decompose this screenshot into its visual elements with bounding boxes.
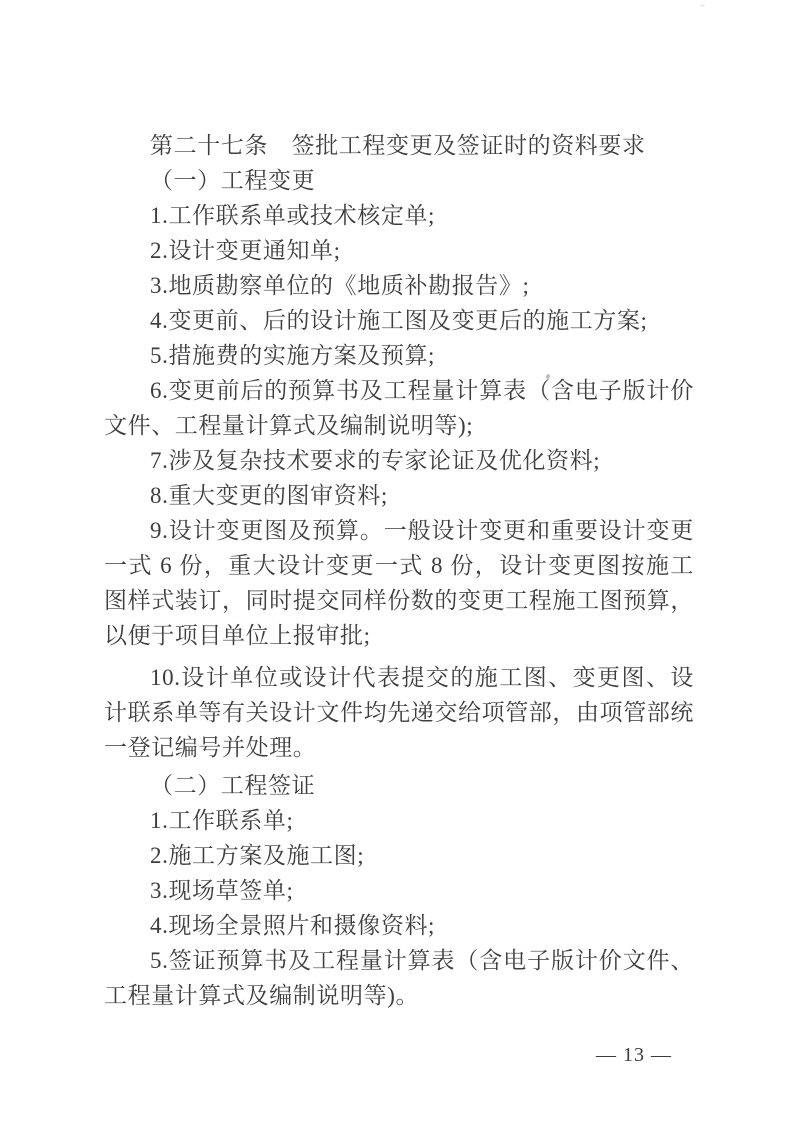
document-page: 第二十七条 签批工程变更及签证时的资料要求 （一）工程变更 1.工作联系单或技术… xyxy=(0,0,795,1122)
list-item: 10.设计单位或设计代表提交的施工图、变更图、设计联系单等有关设计文件均先递交给… xyxy=(104,660,694,765)
page-number: — 13 — xyxy=(596,1042,686,1068)
list-item: 8.重大变更的图审资料; xyxy=(104,478,694,513)
list-item: 4.现场全景照片和摄像资料; xyxy=(104,908,694,943)
list-item: 9.设计变更图及预算。一般设计变更和重要设计变更一式 6 份，重大设计变更一式 … xyxy=(104,513,694,653)
list-item: 5.签证预算书及工程量计算表（含电子版计价文件、工程量计算式及编制说明等)。 xyxy=(104,943,694,1013)
section-heading-2: （二）工程签证 xyxy=(104,768,694,803)
list-item: 1.工作联系单或技术核定单; xyxy=(104,198,694,233)
list-item: 1.工作联系单; xyxy=(104,803,694,838)
list-item: 7.涉及复杂技术要求的专家论证及优化资料; xyxy=(104,443,694,478)
article-heading: 第二十七条 签批工程变更及签证时的资料要求 xyxy=(104,128,694,163)
document-body: 第二十七条 签批工程变更及签证时的资料要求 （一）工程变更 1.工作联系单或技术… xyxy=(104,128,694,1013)
list-item: 6.变更前后的预算书及工程量计算表（含电子版计价文件、工程量计算式及编制说明等)… xyxy=(104,373,694,443)
list-item: 5.措施费的实施方案及预算; xyxy=(104,338,694,373)
list-item: 3.现场草签单; xyxy=(104,873,694,908)
list-item: 2.设计变更通知单; xyxy=(104,233,694,268)
list-item: 2.施工方案及施工图; xyxy=(104,838,694,873)
list-item: 3.地质勘察单位的《地质补勘报告》; xyxy=(104,268,694,303)
section-heading-1: （一）工程变更 xyxy=(104,163,694,198)
scan-speck xyxy=(700,4,705,7)
list-item: 4.变更前、后的设计施工图及变更后的施工方案; xyxy=(104,303,694,338)
